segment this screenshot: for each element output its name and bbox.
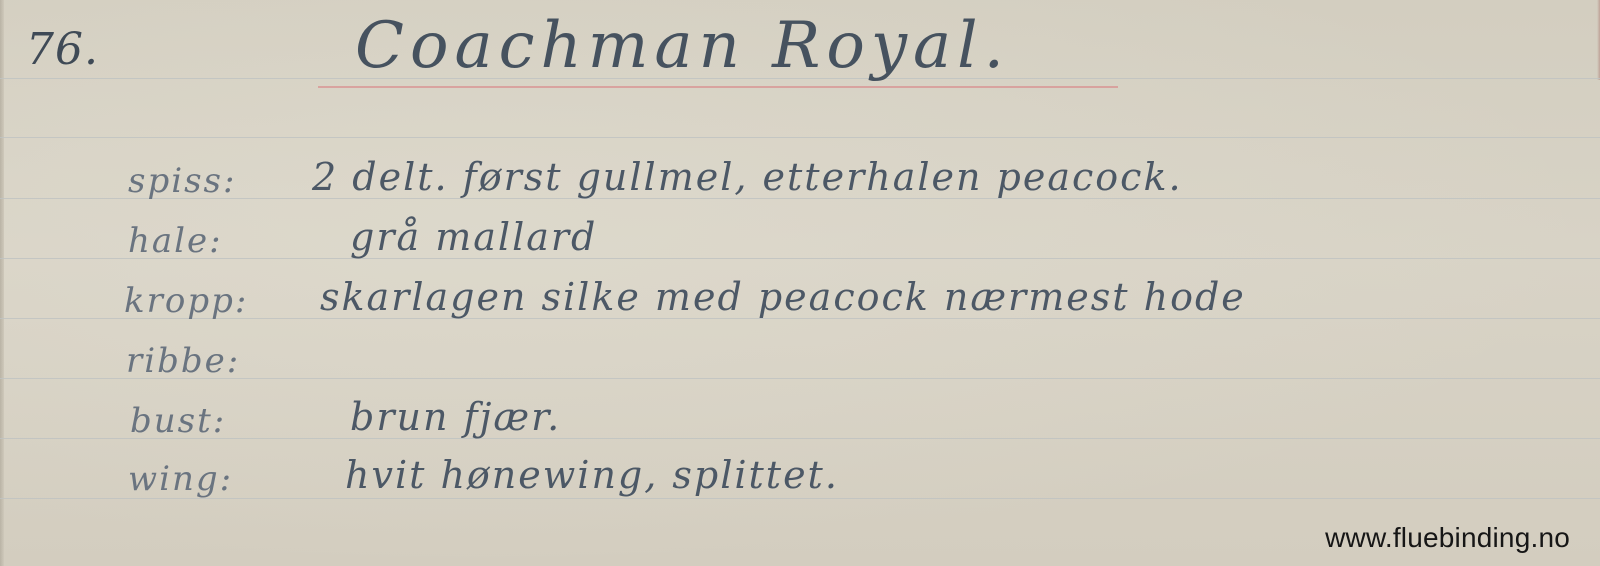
ruled-line	[0, 438, 1600, 439]
ruled-line	[0, 137, 1600, 138]
notebook-page: 76. Coachman Royal. spiss: 2 delt. først…	[0, 0, 1600, 566]
title-underline	[318, 86, 1118, 88]
recipe-value-kropp: skarlagen silke med peacock nærmest hode	[320, 278, 1246, 316]
recipe-label-hale: hale:	[128, 224, 223, 258]
page-title: Coachman Royal.	[355, 14, 1010, 78]
recipe-label-spiss: spiss:	[128, 164, 236, 198]
recipe-label-wing: wing:	[128, 462, 233, 496]
recipe-value-bust: brun fjær.	[350, 398, 561, 436]
recipe-label-kropp: kropp:	[124, 284, 248, 318]
entry-number: 76.	[26, 28, 99, 72]
ruled-line	[0, 498, 1600, 499]
recipe-value-wing: hvit hønewing, splittet.	[345, 456, 839, 494]
page-binding-edge	[0, 0, 4, 566]
recipe-value-hale: grå mallard	[350, 218, 597, 256]
recipe-label-ribbe: ribbe:	[126, 344, 240, 378]
ruled-line	[0, 378, 1600, 379]
watermark-link: www.fluebinding.no	[1325, 522, 1570, 554]
recipe-label-bust: bust:	[130, 404, 226, 438]
ruled-line	[0, 258, 1600, 259]
recipe-value-spiss: 2 delt. først gullmel, etterhalen peacoc…	[312, 158, 1183, 196]
